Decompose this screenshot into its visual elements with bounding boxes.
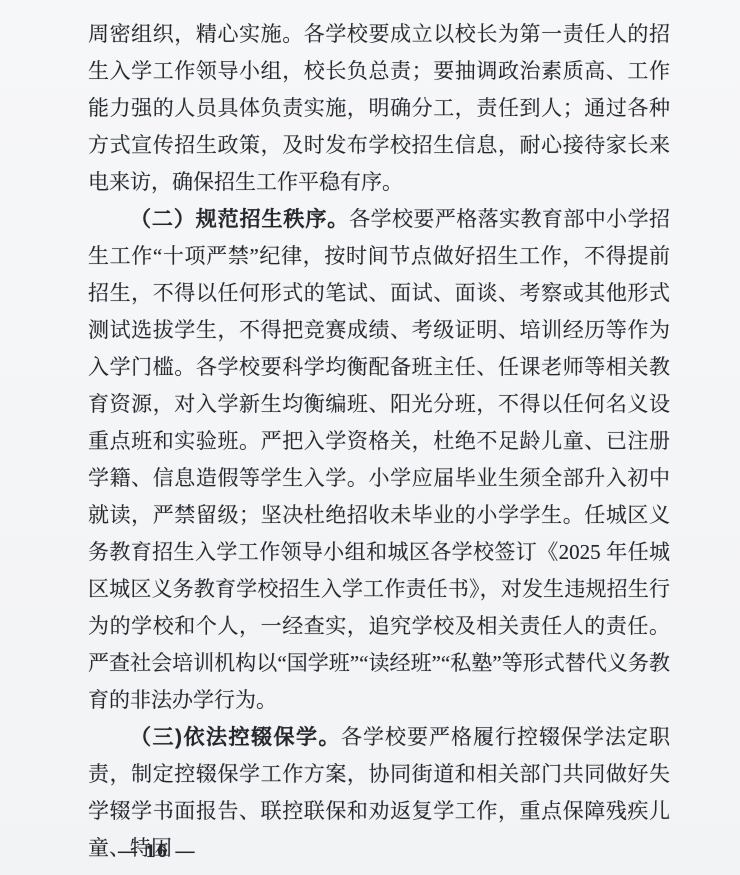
paragraph-text: 周密组织，精心实施。各学校要成立以校长为第一责任人的招生入学工作领导小组，校长负…: [88, 22, 670, 194]
paragraph-continuation: 周密组织，精心实施。各学校要成立以校长为第一责任人的招生入学工作领导小组，校长负…: [88, 16, 670, 201]
page-number: — 16 —: [118, 841, 197, 863]
document-page: 周密组织，精心实施。各学校要成立以校长为第一责任人的招生入学工作领导小组，校长负…: [0, 0, 740, 875]
document-body: 周密组织，精心实施。各学校要成立以校长为第一责任人的招生入学工作领导小组，校长负…: [88, 16, 670, 867]
section-3-heading: （三)依法控辍保学。: [130, 726, 341, 749]
paragraph-text: 各学校要严格落实教育部中小学招生工作“十项严禁”纪律，按时间节点做好招生工作，不…: [88, 207, 670, 712]
section-2-heading: （二）规范招生秩序。: [130, 208, 349, 231]
paragraph-section-2: （二）规范招生秩序。各学校要严格落实教育部中小学招生工作“十项严禁”纪律，按时间…: [88, 201, 670, 719]
